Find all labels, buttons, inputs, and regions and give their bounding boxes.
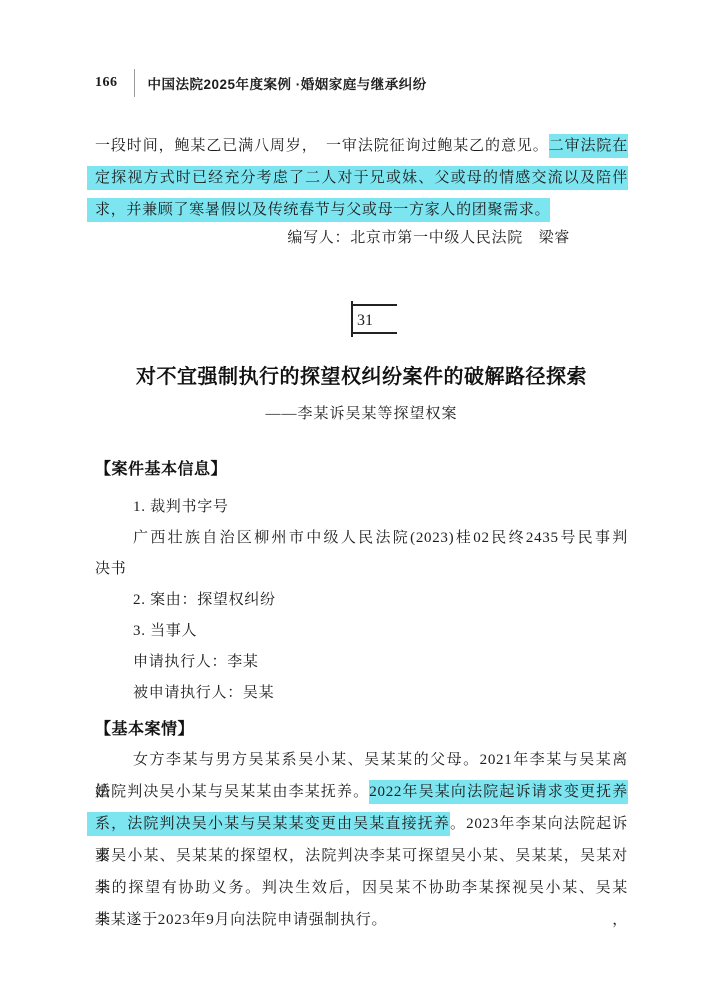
list-item-cause-of-action: 2. 案由：探望权纠纷 [95, 585, 628, 616]
case-info-list: 1. 裁判书字号 广西壮族自治区柳州市中级人民法院(2023)桂02民终2435… [95, 492, 628, 709]
list-item-parties-label: 3. 当事人 [95, 616, 628, 647]
text-line: 求吴小某、吴某某的探望权，法院判决李某可探望吴小某、吴某某，吴某对李 [95, 840, 628, 872]
text-run: 一段时间，鲍某乙已满八周岁， 一审法院征询过鲍某乙的意见。 [95, 138, 549, 154]
highlighted-text: 系，法院判决吴小某与吴某某变更由吴某直接抚养 [87, 812, 450, 836]
highlighted-text: 求，并兼顾了寒暑假以及传统春节与父或母一方家人的团聚需求。 [87, 198, 550, 222]
book-title: 中国法院2025年度案例 ·婚姻家庭与继承纠纷 [148, 73, 427, 93]
text-line: 法院判决吴小某与吴某某由李某抚养。2022年吴某向法院起诉请求变更抚养关 [95, 776, 628, 808]
judgment-number-line2: 决书 [95, 554, 628, 585]
case-title: 对不宜强制执行的探望权纠纷案件的破解路径探索 [95, 360, 628, 389]
text-line: 系，法院判决吴小某与吴某某变更由吴某直接抚养。2023年李某向法院起诉要 [95, 808, 628, 840]
text-line: 女方李某与男方吴某系吴小某、吴某某的父母。2021年李某与吴某离婚， [95, 744, 628, 776]
party-respondent: 被申请执行人：吴某 [95, 678, 628, 709]
page-header: 166 中国法院2025年度案例 ·婚姻家庭与继承纠纷 [95, 68, 628, 98]
text-run: 法院判决吴小某与吴某某由李某抚养。 [95, 784, 369, 800]
header-divider [134, 69, 135, 97]
case-number: 31 [357, 306, 373, 336]
author-byline: 编写人：北京市第一中级人民法院 梁睿 [95, 222, 628, 254]
text-line: 某的探望有协助义务。判决生效后，因吴某不协助李某探视吴小某、吴某某， [95, 872, 628, 904]
document-page: 166 中国法院2025年度案例 ·婚姻家庭与继承纠纷 一段时间，鲍某乙已满八周… [0, 0, 722, 999]
text-line: 一段时间，鲍某乙已满八周岁， 一审法院征询过鲍某乙的意见。二审法院在确 [95, 130, 628, 162]
judgment-number-line1: 广西壮族自治区柳州市中级人民法院(2023)桂02民终2435号民事判 [95, 523, 628, 554]
text-line: 定探视方式时已经充分考虑了二人对于兄或妹、父或母的情感交流以及陪伴需 [95, 162, 628, 194]
case-subtitle: ——李某诉吴某等探望权案 [95, 402, 628, 423]
intro-paragraph: 一段时间，鲍某乙已满八周岁， 一审法院征询过鲍某乙的意见。二审法院在确 定探视方… [95, 130, 628, 226]
case-number-box: 31 [351, 304, 397, 334]
section-heading-basic-facts: 【基本案情】 [95, 718, 628, 742]
list-item-judgment-number-label: 1. 裁判书字号 [95, 492, 628, 523]
page-number: 166 [95, 75, 118, 91]
party-applicant: 申请执行人：李某 [95, 647, 628, 678]
section-heading-case-info: 【案件基本信息】 [95, 458, 628, 482]
facts-paragraph: 女方李某与男方吴某系吴小某、吴某某的父母。2021年李某与吴某离婚， 法院判决吴… [95, 744, 628, 936]
